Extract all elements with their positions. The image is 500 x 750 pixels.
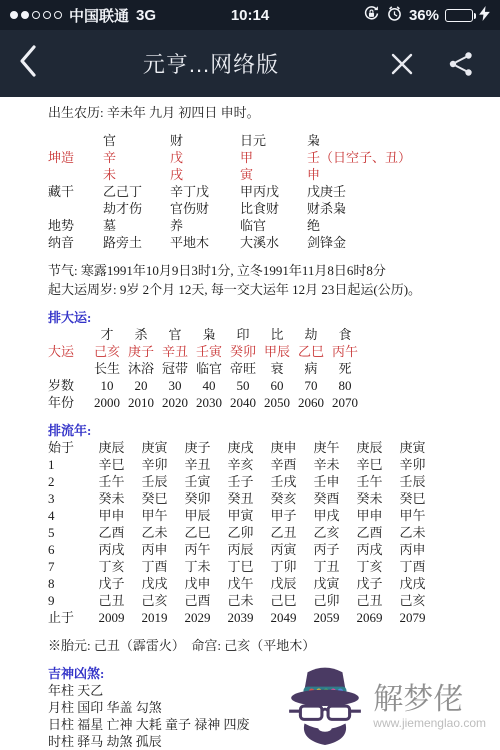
liunian-table: 始于庚辰庚寅庚子庚戌庚申庚午庚辰庚寅1辛巳辛卯辛丑辛亥辛酉辛未辛巳辛卯2壬午壬辰… — [48, 439, 490, 626]
table-row: 7丁亥丁酉丁未丁巳丁卯丁丑丁亥丁酉 — [48, 558, 490, 575]
watermark-site-url: www.jiemenglao.com — [373, 716, 486, 730]
table-cell: 戊子 — [348, 575, 391, 592]
table-row: 大运己亥庚子辛丑壬寅癸卯甲辰乙巳丙午 — [48, 343, 490, 360]
table-cell: 比 — [260, 326, 294, 343]
table-cell: 癸卯 — [176, 490, 219, 507]
table-cell: 2009 — [90, 609, 133, 626]
table-cell: 甲辰 — [260, 343, 294, 360]
row-label: 地势 — [48, 217, 103, 234]
table-cell: 帝旺 — [226, 360, 260, 377]
table-cell: 剑锋金 — [307, 234, 346, 251]
table-cell: 20 — [124, 377, 158, 394]
clock-time: 10:14 — [231, 7, 269, 24]
table-cell: 戊戌 — [391, 575, 434, 592]
table-cell: 丙申 — [391, 541, 434, 558]
table-cell: 甲午 — [133, 507, 176, 524]
table-row: 年份20002010202020302040205020602070 — [48, 394, 490, 411]
table-cell: 壬寅 — [192, 343, 226, 360]
charging-bolt-icon — [479, 6, 490, 25]
table-cell: 死 — [328, 360, 362, 377]
row-label — [48, 132, 103, 149]
row-label: 止于 — [48, 609, 90, 626]
table-cell: 丙戌 — [348, 541, 391, 558]
table-cell: 甲丙戊 — [240, 183, 307, 200]
table-cell: 戊庚壬 — [307, 183, 346, 200]
table-cell: 甲辰 — [176, 507, 219, 524]
table-cell: 才 — [90, 326, 124, 343]
table-cell: 壬辰 — [133, 473, 176, 490]
table-cell: 壬戌 — [262, 473, 305, 490]
table-cell: 乙己丁 — [103, 183, 170, 200]
table-cell: 乙酉 — [90, 524, 133, 541]
table-cell: 壬申 — [305, 473, 348, 490]
table-cell: 财杀枭 — [307, 200, 346, 217]
table-cell: 枭 — [307, 132, 320, 149]
watermark-site-name: 解梦佬 — [373, 684, 463, 716]
table-row: 2壬午壬辰壬寅壬子壬戌壬申壬午壬辰 — [48, 473, 490, 490]
table-cell: 辛亥 — [219, 456, 262, 473]
table-cell: 庚子 — [176, 439, 219, 456]
table-cell: 劫 — [294, 326, 328, 343]
table-cell: 墓 — [103, 217, 170, 234]
table-row: 8戊子戊戌戊申戊午戊辰戊寅戊子戊戌 — [48, 575, 490, 592]
table-cell: 辛丑 — [176, 456, 219, 473]
table-cell: 辛丁戊 — [170, 183, 240, 200]
row-label — [48, 360, 90, 377]
table-cell: 乙亥 — [305, 524, 348, 541]
table-cell: 丙午 — [176, 541, 219, 558]
table-cell: 甲子 — [262, 507, 305, 524]
table-cell: 食 — [328, 326, 362, 343]
table-cell: 80 — [328, 377, 362, 394]
table-cell: 2059 — [305, 609, 348, 626]
table-cell: 戊子 — [90, 575, 133, 592]
table-cell: 衰 — [260, 360, 294, 377]
nav-bar: 元亨...网络版 — [0, 30, 500, 97]
table-row: 止于20092019202920392049205920692079 — [48, 609, 490, 626]
dayun-table: 才杀官枭印比劫食大运己亥庚子辛丑壬寅癸卯甲辰乙巳丙午长生沐浴冠带临官帝旺衰病死岁… — [48, 326, 490, 411]
table-cell: 己卯 — [305, 592, 348, 609]
table-cell: 癸亥 — [262, 490, 305, 507]
table-cell: 己酉 — [176, 592, 219, 609]
taiyuan-minggong-line: ※胎元: 己丑（霹雷火） 命宫: 己亥（平地木） — [48, 637, 490, 654]
back-button[interactable] — [0, 44, 88, 83]
table-cell: 丙午 — [328, 343, 362, 360]
table-cell: 丁巳 — [219, 558, 262, 575]
table-cell: 癸酉 — [305, 490, 348, 507]
table-cell: 庚辰 — [348, 439, 391, 456]
table-cell: 壬子 — [219, 473, 262, 490]
table-cell: 庚寅 — [391, 439, 434, 456]
table-cell: 长生 — [90, 360, 124, 377]
table-cell: 己亥 — [133, 592, 176, 609]
row-label: 岁数 — [48, 377, 90, 394]
table-cell: 辛巳 — [348, 456, 391, 473]
table-cell: 甲 — [240, 149, 307, 166]
table-cell: 甲寅 — [219, 507, 262, 524]
table-row: 3癸未癸巳癸卯癸丑癸亥癸酉癸未癸巳 — [48, 490, 490, 507]
table-cell: 2079 — [391, 609, 434, 626]
table-cell: 枭 — [192, 326, 226, 343]
table-row: 地势墓养临官绝 — [48, 217, 490, 234]
table-cell: 2069 — [348, 609, 391, 626]
table-cell: 未 — [103, 166, 170, 183]
table-cell: 沐浴 — [124, 360, 158, 377]
table-cell: 甲戌 — [305, 507, 348, 524]
solar-terms-line: 节气: 寒露1991年10月9日3时1分, 立冬1991年11月8日6时8分 — [48, 262, 490, 279]
table-cell: 辛卯 — [133, 456, 176, 473]
table-cell: 癸未 — [90, 490, 133, 507]
signal-strength-icon — [10, 11, 62, 19]
table-cell: 庚辰 — [90, 439, 133, 456]
battery-percent-label: 36% — [409, 7, 439, 24]
mascot-logo-icon — [285, 663, 365, 750]
table-cell: 临官 — [240, 217, 307, 234]
table-cell: 乙未 — [391, 524, 434, 541]
table-cell: 2060 — [294, 394, 328, 411]
table-cell: 申 — [307, 166, 320, 183]
orientation-lock-icon — [363, 5, 380, 26]
table-cell: 戊申 — [176, 575, 219, 592]
table-cell: 乙卯 — [219, 524, 262, 541]
table-cell: 病 — [294, 360, 328, 377]
row-label — [48, 326, 90, 343]
table-cell: 2050 — [260, 394, 294, 411]
table-cell: 临官 — [192, 360, 226, 377]
table-cell: 戊 — [170, 149, 240, 166]
table-cell: 己未 — [219, 592, 262, 609]
table-row: 9己丑己亥己酉己未己巳己卯己丑己亥 — [48, 592, 490, 609]
table-cell: 60 — [260, 377, 294, 394]
row-label: 6 — [48, 541, 90, 558]
table-cell: 庚戌 — [219, 439, 262, 456]
row-label: 始于 — [48, 439, 90, 456]
table-cell: 己亥 — [391, 592, 434, 609]
table-cell: 庚午 — [305, 439, 348, 456]
table-cell: 己巳 — [262, 592, 305, 609]
table-cell: 辛 — [103, 149, 170, 166]
table-cell: 辛未 — [305, 456, 348, 473]
row-label: 2 — [48, 473, 90, 490]
row-label: 8 — [48, 575, 90, 592]
row-label — [48, 166, 103, 183]
table-cell: 庚申 — [262, 439, 305, 456]
table-cell: 绝 — [307, 217, 320, 234]
table-cell: 2010 — [124, 394, 158, 411]
back-chevron-icon — [18, 44, 38, 83]
row-label: 大运 — [48, 343, 90, 360]
table-cell: 戊辰 — [262, 575, 305, 592]
table-cell: 壬（日空子、丑） — [307, 149, 411, 166]
close-icon — [390, 52, 414, 76]
table-cell: 财 — [170, 132, 240, 149]
table-cell: 2029 — [176, 609, 219, 626]
table-cell: 戊寅 — [305, 575, 348, 592]
bazi-chart-content: 出生农历: 辛未年 九月 初四日 申时。 官财日元枭坤造辛戊甲壬（日空子、丑）未… — [0, 97, 500, 750]
table-cell: 壬寅 — [176, 473, 219, 490]
table-cell: 寅 — [240, 166, 307, 183]
page-title: 元亨...网络版 — [88, 48, 334, 79]
table-cell: 己丑 — [90, 592, 133, 609]
table-row: 4甲申甲午甲辰甲寅甲子甲戌甲申甲午 — [48, 507, 490, 524]
table-cell: 丁酉 — [391, 558, 434, 575]
table-cell: 2030 — [192, 394, 226, 411]
table-row: 官财日元枭 — [48, 132, 490, 149]
table-cell: 官 — [103, 132, 170, 149]
row-label — [48, 200, 103, 217]
table-row: 藏干乙己丁辛丁戊甲丙戊戊庚壬 — [48, 183, 490, 200]
table-cell: 丁丑 — [305, 558, 348, 575]
table-cell: 官 — [158, 326, 192, 343]
table-cell: 2070 — [328, 394, 362, 411]
table-cell: 比食财 — [240, 200, 307, 217]
table-cell: 丁未 — [176, 558, 219, 575]
table-cell: 2049 — [262, 609, 305, 626]
table-cell: 70 — [294, 377, 328, 394]
table-cell: 丁酉 — [133, 558, 176, 575]
table-cell: 养 — [170, 217, 240, 234]
table-row: 才杀官枭印比劫食 — [48, 326, 490, 343]
table-cell: 庚寅 — [133, 439, 176, 456]
table-cell: 劫才伤 — [103, 200, 170, 217]
table-cell: 平地木 — [170, 234, 240, 251]
row-label: 纳音 — [48, 234, 103, 251]
table-cell: 壬午 — [90, 473, 133, 490]
table-cell: 乙巳 — [294, 343, 328, 360]
table-cell: 2039 — [219, 609, 262, 626]
site-watermark: 解梦佬 www.jiemenglao.com — [285, 663, 486, 750]
table-cell: 10 — [90, 377, 124, 394]
table-cell: 癸丑 — [219, 490, 262, 507]
table-cell: 戌 — [170, 166, 240, 183]
table-cell: 乙丑 — [262, 524, 305, 541]
row-label: 5 — [48, 524, 90, 541]
share-icon — [448, 51, 474, 77]
table-row: 坤造辛戊甲壬（日空子、丑） — [48, 149, 490, 166]
table-cell: 辛酉 — [262, 456, 305, 473]
row-label: 3 — [48, 490, 90, 507]
table-cell: 印 — [226, 326, 260, 343]
table-cell: 40 — [192, 377, 226, 394]
table-cell: 壬午 — [348, 473, 391, 490]
table-cell: 癸未 — [348, 490, 391, 507]
table-cell: 日元 — [240, 132, 307, 149]
table-cell: 丙申 — [133, 541, 176, 558]
table-cell: 辛巳 — [90, 456, 133, 473]
table-cell: 辛卯 — [391, 456, 434, 473]
table-cell: 2019 — [133, 609, 176, 626]
table-cell: 路旁土 — [103, 234, 170, 251]
luck-start-line: 起大运周岁: 9岁 2个月 12天, 每一交大运年 12月 23日起运(公历)。 — [48, 281, 490, 298]
table-cell: 丙戌 — [90, 541, 133, 558]
table-cell: 癸巳 — [391, 490, 434, 507]
liunian-section-header: 排流年: — [48, 422, 490, 439]
table-row: 未戌寅申 — [48, 166, 490, 183]
table-cell: 己丑 — [348, 592, 391, 609]
table-row: 始于庚辰庚寅庚子庚戌庚申庚午庚辰庚寅 — [48, 439, 490, 456]
table-cell: 乙酉 — [348, 524, 391, 541]
table-cell: 甲申 — [348, 507, 391, 524]
dayun-section-header: 排大运: — [48, 309, 490, 326]
four-pillars-table: 官财日元枭坤造辛戊甲壬（日空子、丑）未戌寅申藏干乙己丁辛丁戊甲丙戊戊庚壬劫才伤官… — [48, 132, 490, 251]
table-cell: 癸卯 — [226, 343, 260, 360]
alarm-clock-icon — [386, 5, 403, 26]
row-label: 坤造 — [48, 149, 103, 166]
row-label: 9 — [48, 592, 90, 609]
row-label: 年份 — [48, 394, 90, 411]
row-label: 7 — [48, 558, 90, 575]
carrier-label: 中国联通 — [69, 5, 129, 26]
table-row: 纳音路旁土平地木大溪水剑锋金 — [48, 234, 490, 251]
table-cell: 2000 — [90, 394, 124, 411]
table-cell: 50 — [226, 377, 260, 394]
battery-icon — [445, 9, 473, 22]
table-cell: 丁亥 — [348, 558, 391, 575]
table-row: 岁数1020304050607080 — [48, 377, 490, 394]
table-cell: 己亥 — [90, 343, 124, 360]
table-cell: 辛丑 — [158, 343, 192, 360]
table-row: 劫才伤官伤财比食财财杀枭 — [48, 200, 490, 217]
table-cell: 戊戌 — [133, 575, 176, 592]
row-label: 1 — [48, 456, 90, 473]
row-label: 4 — [48, 507, 90, 524]
row-label: 藏干 — [48, 183, 103, 200]
table-cell: 2040 — [226, 394, 260, 411]
table-cell: 癸巳 — [133, 490, 176, 507]
share-button[interactable] — [448, 51, 474, 77]
table-cell: 丙寅 — [262, 541, 305, 558]
table-cell: 乙巳 — [176, 524, 219, 541]
table-cell: 戊午 — [219, 575, 262, 592]
table-cell: 甲申 — [90, 507, 133, 524]
table-cell: 杀 — [124, 326, 158, 343]
table-cell: 丙辰 — [219, 541, 262, 558]
table-cell: 30 — [158, 377, 192, 394]
table-cell: 大溪水 — [240, 234, 307, 251]
table-cell: 乙未 — [133, 524, 176, 541]
phone-screen: 中国联通 3G 10:14 36% 元亨...网络版 — [0, 0, 500, 750]
table-cell: 2020 — [158, 394, 192, 411]
table-cell: 官伤财 — [170, 200, 240, 217]
table-cell: 庚子 — [124, 343, 158, 360]
table-cell: 壬辰 — [391, 473, 434, 490]
table-cell: 冠带 — [158, 360, 192, 377]
status-bar: 中国联通 3G 10:14 36% — [0, 0, 500, 30]
close-button[interactable] — [390, 51, 414, 77]
table-row: 1辛巳辛卯辛丑辛亥辛酉辛未辛巳辛卯 — [48, 456, 490, 473]
table-row: 6丙戌丙申丙午丙辰丙寅丙子丙戌丙申 — [48, 541, 490, 558]
table-cell: 丁亥 — [90, 558, 133, 575]
table-cell: 丙子 — [305, 541, 348, 558]
table-cell: 甲午 — [391, 507, 434, 524]
birth-date-line: 出生农历: 辛未年 九月 初四日 申时。 — [48, 104, 490, 121]
table-row: 5乙酉乙未乙巳乙卯乙丑乙亥乙酉乙未 — [48, 524, 490, 541]
network-type-label: 3G — [136, 7, 156, 24]
table-cell: 丁卯 — [262, 558, 305, 575]
table-row: 长生沐浴冠带临官帝旺衰病死 — [48, 360, 490, 377]
